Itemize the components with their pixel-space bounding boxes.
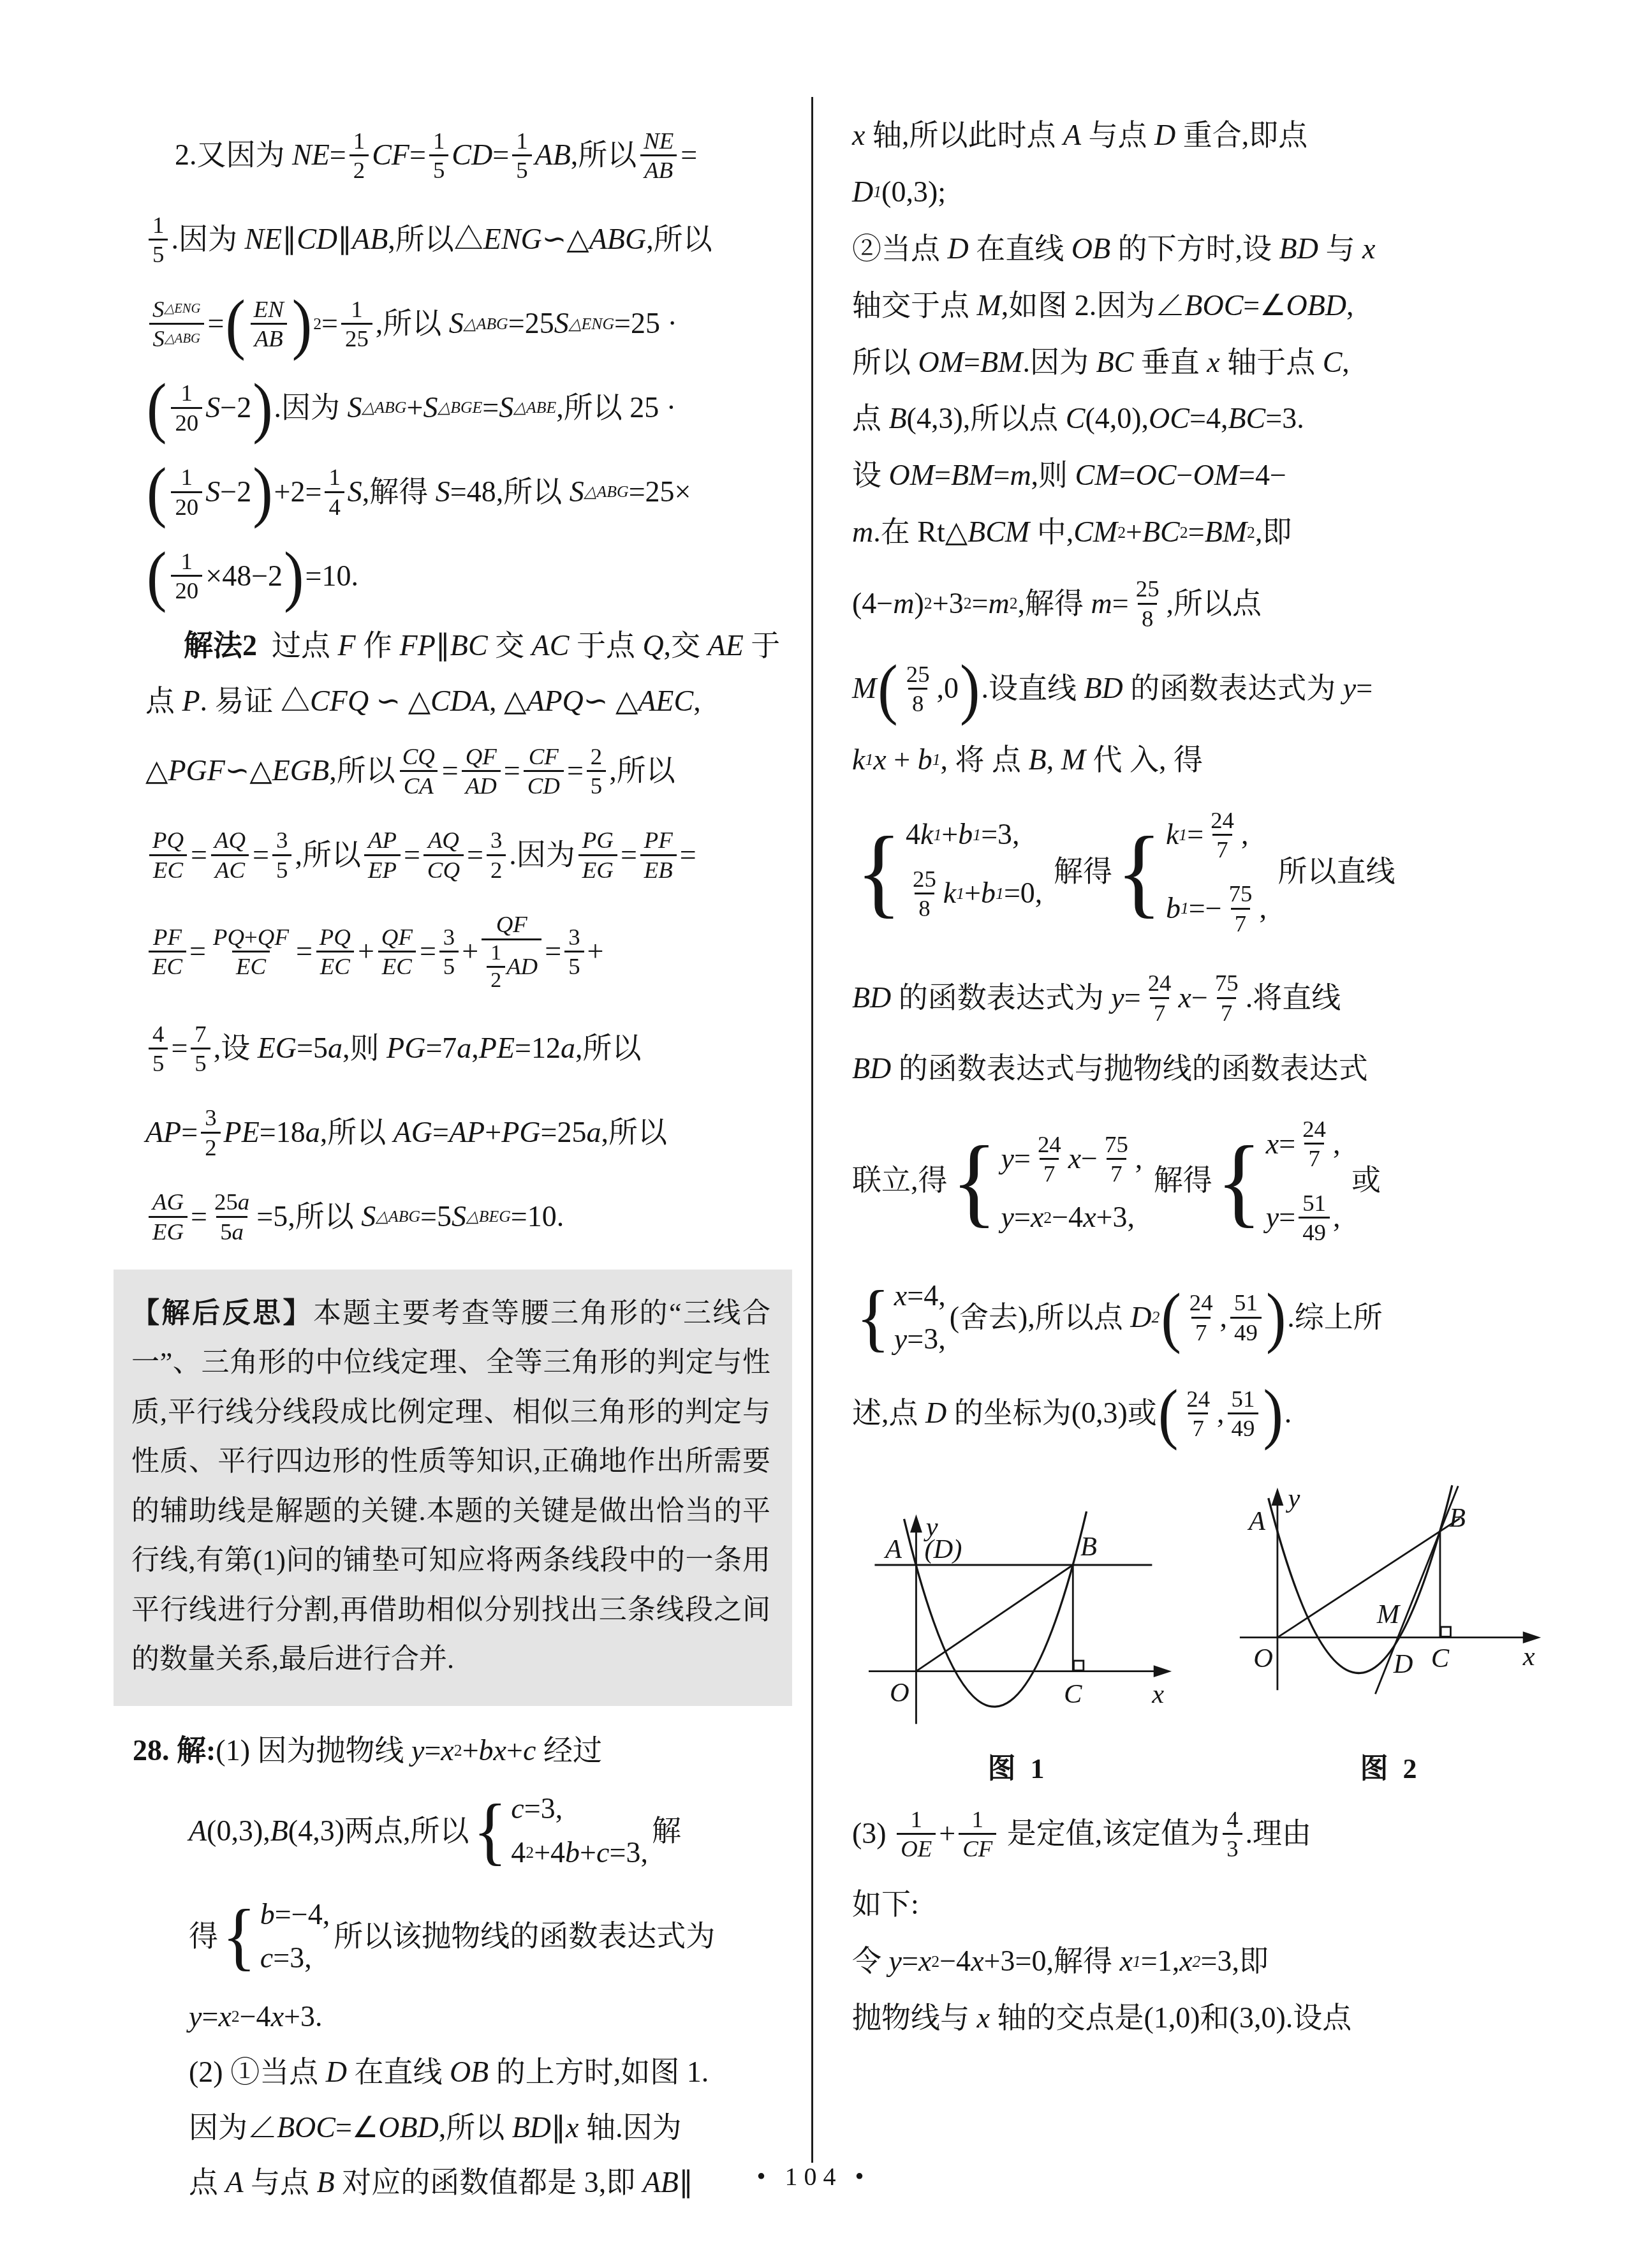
text-line: (120S−2)+2=14S,解得 S=48,所以 S△ABG=25× (145, 461, 800, 523)
fig1-label-b: B (1080, 1531, 1097, 1561)
text-line: 15.因为 NE∥CD∥AB,所以△ENG∽△ABG,所以 (145, 209, 800, 271)
figure-1-caption: 图 1 (988, 1745, 1049, 1786)
text-line: 令 y=x2−4x+3=0,解得 x1=1,x2=3,即 (852, 1945, 1556, 1978)
text-line: △PGF∽△EGB,所以CQCA=QFAD=CFCD=25,所以 (145, 740, 800, 803)
reflection-text: 本题主要考查等腰三角形的“三线合一”、三角形的中位线定理、全等三角形的判定与性质… (131, 1298, 770, 1675)
fig2-y-arrow (1271, 1487, 1283, 1505)
fig2-label-c: C (1431, 1643, 1450, 1673)
reflection-title: 【解后反思】 (131, 1298, 313, 1329)
text-line: y=x2−4x+3. (189, 2000, 800, 2034)
column-divider (811, 97, 813, 2163)
text-line: 点 P. 易证 △CFQ ∽ △CDA, △APQ∽ △AEC, (145, 685, 800, 718)
text-line: 28. 解:(1) 因为抛物线 y=x2+bx+c 经过 (133, 1734, 800, 1768)
figure-2-caption: 图 2 (1360, 1745, 1421, 1786)
text-line: 述,点 D 的坐标为(0,3)或(247,5149). (852, 1382, 1556, 1445)
text-line: 2.又因为 NE=12CF=15CD=15AB,所以NEAB= (175, 124, 800, 187)
figure-1-drawing: y A (D) B O C x (852, 1490, 1184, 1739)
fig2-label-m: M (1376, 1599, 1401, 1629)
fig2-label-a: A (1247, 1506, 1266, 1536)
text-line: PQEC=AQAC=35,所以APEP=AQCQ=32.因为PGEG=PFEB= (145, 824, 800, 886)
right-column-lines-top: x 轴,所以此时点 A 与点 D 重合,即点D1(0,3);②当点 D 在直线 … (852, 119, 1556, 1445)
fig2-right-angle (1441, 1627, 1450, 1636)
text-line: (4−m)2+32=m2,解得 m=258,所以点 (852, 572, 1556, 635)
text-line: S△ENGS△ABG=(ENAB)2=125,所以 S△ABG=25S△ENG=… (145, 293, 800, 355)
text-line: 所以 OM=BM.因为 BC 垂直 x 轴于点 C, (852, 346, 1556, 380)
text-line: 如下: (852, 1888, 1556, 1922)
text-line: 因为∠BOC=∠OBD,所以 BD∥x 轴.因为 (189, 2111, 800, 2145)
fig1-label-a: A (883, 1534, 902, 1564)
fig2-label-o: O (1253, 1643, 1273, 1673)
text-line: (3) 1OE+1CF 是定值,该定值为43.理由 (852, 1803, 1556, 1865)
text-line: (120S−2).因为 S△ABG+S△BGE=S△ABE,所以 25 · (145, 376, 800, 439)
reflection-box: 【解后反思】本题主要考查等腰三角形的“三线合一”、三角形的中位线定理、全等三角形… (114, 1270, 792, 1706)
solution-method1-lines: 2.又因为 NE=12CF=15CD=15AB,所以NEAB=15.因为 NE∥… (145, 124, 800, 1248)
fig2-label-b: B (1449, 1503, 1466, 1533)
fig1-y-arrow (910, 1514, 922, 1532)
figures-row: y A (D) B O C x 图 1 (852, 1468, 1556, 1786)
fig2-label-d: D (1393, 1649, 1413, 1679)
text-line: BD 的函数表达式为 y=247x−757.将直线 (852, 967, 1556, 1029)
text-line: (2) ①当点 D 在直线 OB 的上方时,如图 1. (189, 2056, 800, 2089)
text-line: {x=4,y=3,(舍去),所以点 D2(247,5149).综上所 (852, 1276, 1556, 1360)
text-line: PFEC=PQ+QFEC=PQEC+QFEC=35+QF12AD=35+ (145, 908, 800, 995)
fig2-label-y: y (1285, 1483, 1300, 1513)
fig1-label-x: x (1151, 1679, 1164, 1709)
problem-28-lines: 28. 解:(1) 因为抛物线 y=x2+bx+c 经过A(0,3),B(4,3… (145, 1734, 800, 2200)
text-line: 点 B(4,3),所以点 C(4,0),OC=4,BC=3. (852, 402, 1556, 436)
fig2-line-ob (1277, 1518, 1460, 1638)
fig1-label-c: C (1064, 1679, 1082, 1709)
text-line: ②当点 D 在直线 OB 的下方时,设 BD 与 x (852, 232, 1556, 266)
figure-1: y A (D) B O C x 图 1 (852, 1490, 1184, 1786)
fig1-label-d: (D) (924, 1534, 962, 1564)
fig1-x-arrow (1154, 1665, 1172, 1677)
text-line: 45=75,设 EG=5a,则 PG=7a,PE=12a,所以 (145, 1018, 800, 1080)
fig1-line-ob (916, 1565, 1073, 1671)
text-line: 得{b=−4,c=3,所以该抛物线的函数表达式为 (189, 1895, 800, 1978)
text-line: 设 OM=BM=m,则 CM=OC−OM=4− (852, 459, 1556, 493)
text-line: BD 的函数表达式与抛物线的函数表达式 (852, 1052, 1556, 1086)
right-column: x 轴,所以此时点 A 与点 D 重合,即点D1(0,3);②当点 D 在直线 … (852, 119, 1556, 2058)
fig2-label-x: x (1522, 1642, 1535, 1671)
text-line: m.在 Rt△BCM 中,CM2+BC2=BM2,即 (852, 515, 1556, 549)
right-column-lines-bottom: (3) 1OE+1CF 是定值,该定值为43.理由如下:令 y=x2−4x+3=… (852, 1803, 1556, 2035)
fig1-label-o: O (890, 1678, 909, 1708)
fig1-right-angle (1073, 1661, 1083, 1670)
left-column: 2.又因为 NE=12CF=15CD=15AB,所以NEAB=15.因为 NE∥… (145, 124, 800, 2221)
text-line: k1x + b1, 将 点 B, M 代 入, 得 (852, 743, 1556, 777)
text-line: 解法2 过点 F 作 FP∥BC 交 AC 于点 Q,交 AE 于 (184, 629, 800, 663)
text-line: 联立,得{y=247x−757,y=x2−4x+3, 解得{x=247,y=51… (852, 1109, 1556, 1253)
text-line: A(0,3),B(4,3)两点,所以{c=3,42+4b+c=3,解 (189, 1789, 800, 1872)
text-line: 抛物线与 x 轴的交点是(1,0)和(3,0).设点 (852, 2001, 1556, 2035)
text-line: D1(0,3); (852, 175, 1556, 209)
text-line: AP=32PE=18a,所以 AG=AP+PG=25a,所以 (145, 1101, 800, 1164)
figure-2: y A B M O C D x 图 2 (1225, 1468, 1556, 1786)
text-line: x 轴,所以此时点 A 与点 D 重合,即点 (852, 119, 1556, 152)
text-line: 轴交于点 M,如图 2.因为∠BOC=∠OBD, (852, 289, 1556, 323)
figure-2-drawing: y A B M O C D x (1225, 1468, 1556, 1739)
page-number: • 104 • (0, 2161, 1627, 2191)
text-line: {4k1+b1=3,258k1+b1=0, 解得{k1=247,b1=−757,… (852, 800, 1556, 944)
text-line: AGEG=25a5a=5,所以 S△ABG=5S△BEG=10. (145, 1185, 800, 1248)
text-line: (120×48−2)=10. (145, 545, 800, 607)
text-line: M(258,0).设直线 BD 的函数表达式为 y= (852, 658, 1556, 720)
